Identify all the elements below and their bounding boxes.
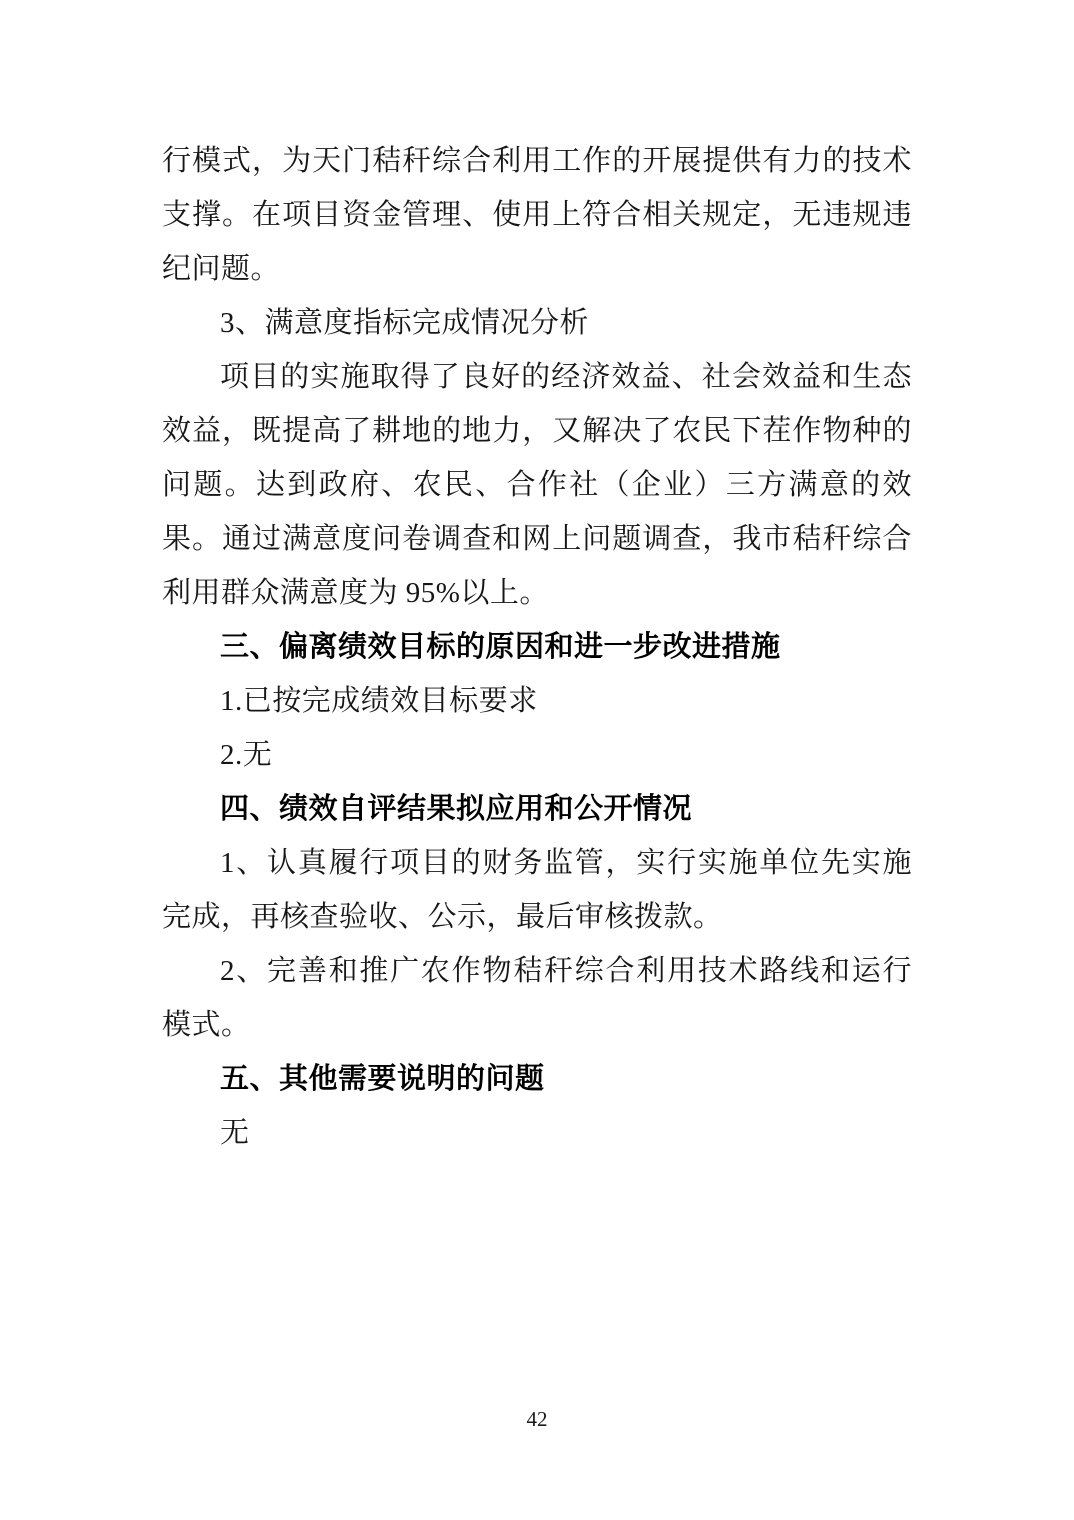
paragraph: 2.无	[162, 728, 912, 782]
paragraph: 无	[162, 1106, 912, 1160]
paragraph: 1.已按完成绩效目标要求	[162, 674, 912, 728]
section-heading: 五、其他需要说明的问题	[162, 1052, 912, 1106]
document-body: 行模式，为天门秸秆综合利用工作的开展提供有力的技术支撑。在项目资金管理、使用上符…	[162, 134, 912, 1160]
section-heading: 四、绩效自评结果拟应用和公开情况	[162, 782, 912, 836]
paragraph: 项目的实施取得了良好的经济效益、社会效益和生态效益，既提高了耕地的地力，又解决了…	[162, 350, 912, 620]
paragraph: 1、认真履行项目的财务监管，实行实施单位先实施完成，再核查验收、公示，最后审核拨…	[162, 836, 912, 944]
document-page: 行模式，为天门秸秆综合利用工作的开展提供有力的技术支撑。在项目资金管理、使用上符…	[0, 0, 1074, 1520]
paragraph: 3、满意度指标完成情况分析	[162, 296, 912, 350]
section-heading: 三、偏离绩效目标的原因和进一步改进措施	[162, 620, 912, 674]
page-footer: 42	[0, 1407, 1074, 1432]
paragraph: 2、完善和推广农作物秸秆综合利用技术路线和运行模式。	[162, 944, 912, 1052]
page-number: 42	[527, 1407, 548, 1431]
paragraph: 行模式，为天门秸秆综合利用工作的开展提供有力的技术支撑。在项目资金管理、使用上符…	[162, 134, 912, 296]
